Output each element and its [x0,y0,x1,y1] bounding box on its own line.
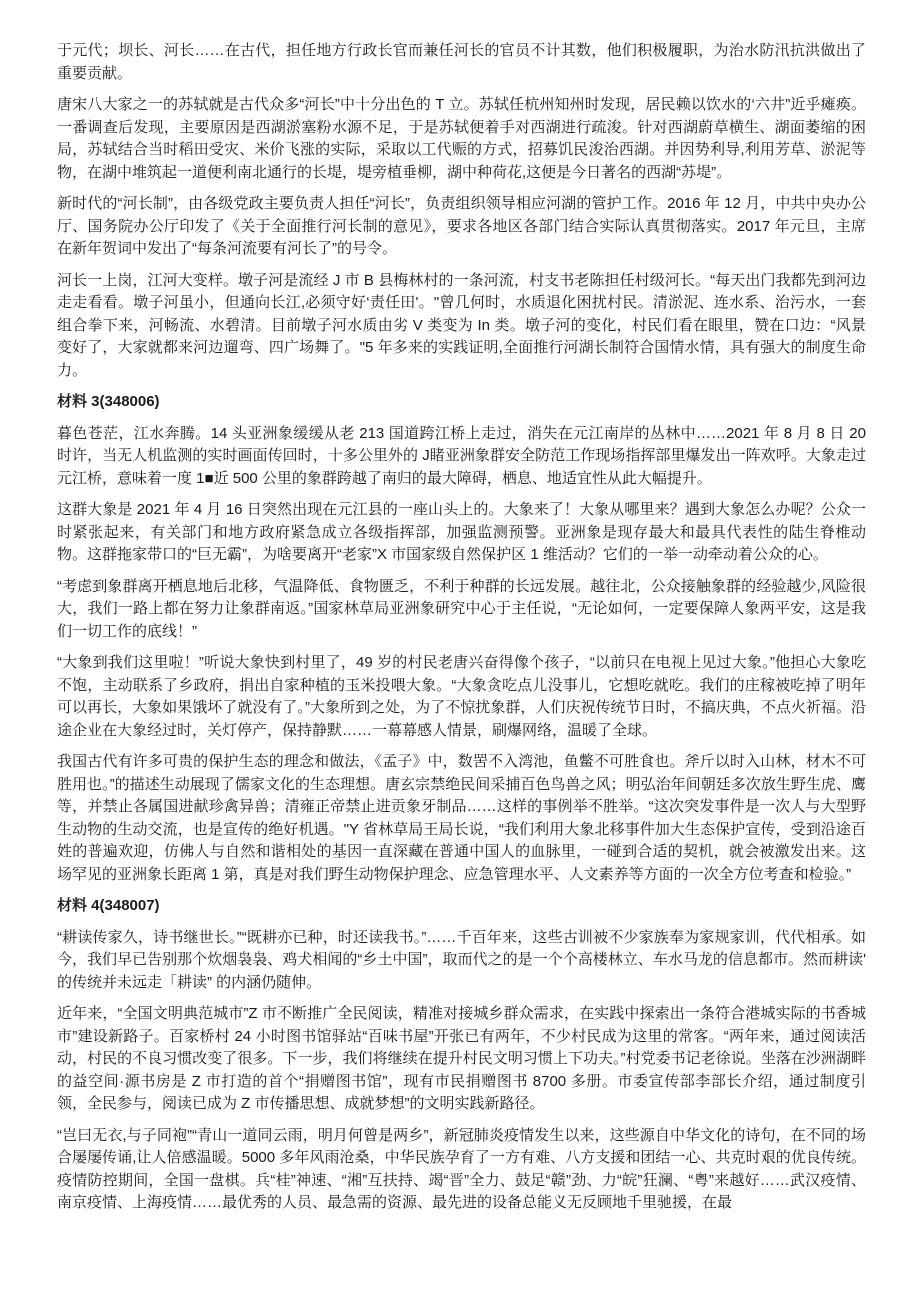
paragraph: 河长一上岗，江河大变样。墩子河是流经 J 市 B 县梅林村的一条河流，村支书老陈… [57,270,866,383]
document-body: 于元代；坝长、河长……在古代，担任地方行政长官而兼任河长的官员不计其数，他们积极… [57,40,866,1215]
paragraph: 暮色苍茫，江水奔腾。14 头亚洲象缓缓从老 213 国道跨江桥上走过，消失在元江… [57,423,866,491]
paragraph: 于元代；坝长、河长……在古代，担任地方行政长官而兼任河长的官员不计其数，他们积极… [57,40,866,85]
document-page: 于元代；坝长、河长……在古代，担任地方行政长官而兼任河长的官员不计其数，他们积极… [0,0,920,1301]
paragraph: 这群大象是 2021 年 4 月 16 日突然出现在元江县的一座山头上的。大象来… [57,499,866,567]
paragraph: 新时代的“河长制”，由各级党政主要负责人担任“河长”，负责组织领导相应河湖的管护… [57,193,866,261]
paragraph: 近年来，“全国文明典范城市”Z 市不断推广全民阅读，精准对接城乡群众需求，在实践… [57,1003,866,1116]
paragraph: “岂曰无衣,与子同袍”“青山一道同云雨，明月何曾是两乡”，新冠肺炎疫情发生以来，… [57,1125,866,1215]
paragraph: 我国古代有许多可贵的保护生态的理念和做法，《孟子》中，数罟不入湾池，鱼鳖不可胜食… [57,751,866,886]
material-heading: 材料 4(348007) [57,895,866,918]
paragraph: “耕读传家久，诗书继世长。”“既耕亦已种，时还读我书。”……千百年来，这些古训被… [57,927,866,995]
paragraph: 唐宋八大家之一的苏轼就是古代众多“河长”中十分出色的 T 立。苏轼任杭州知州时发… [57,94,866,184]
paragraph: “考虑到象群离开栖息地后北移，气温降低、食物匮乏，不利于种群的长远发展。越往北，… [57,576,866,644]
paragraph: “大象到我们这里啦！”听说大象快到村里了，49 岁的村民老唐兴奋得像个孩子，“以… [57,652,866,742]
material-heading: 材料 3(348006) [57,391,866,414]
